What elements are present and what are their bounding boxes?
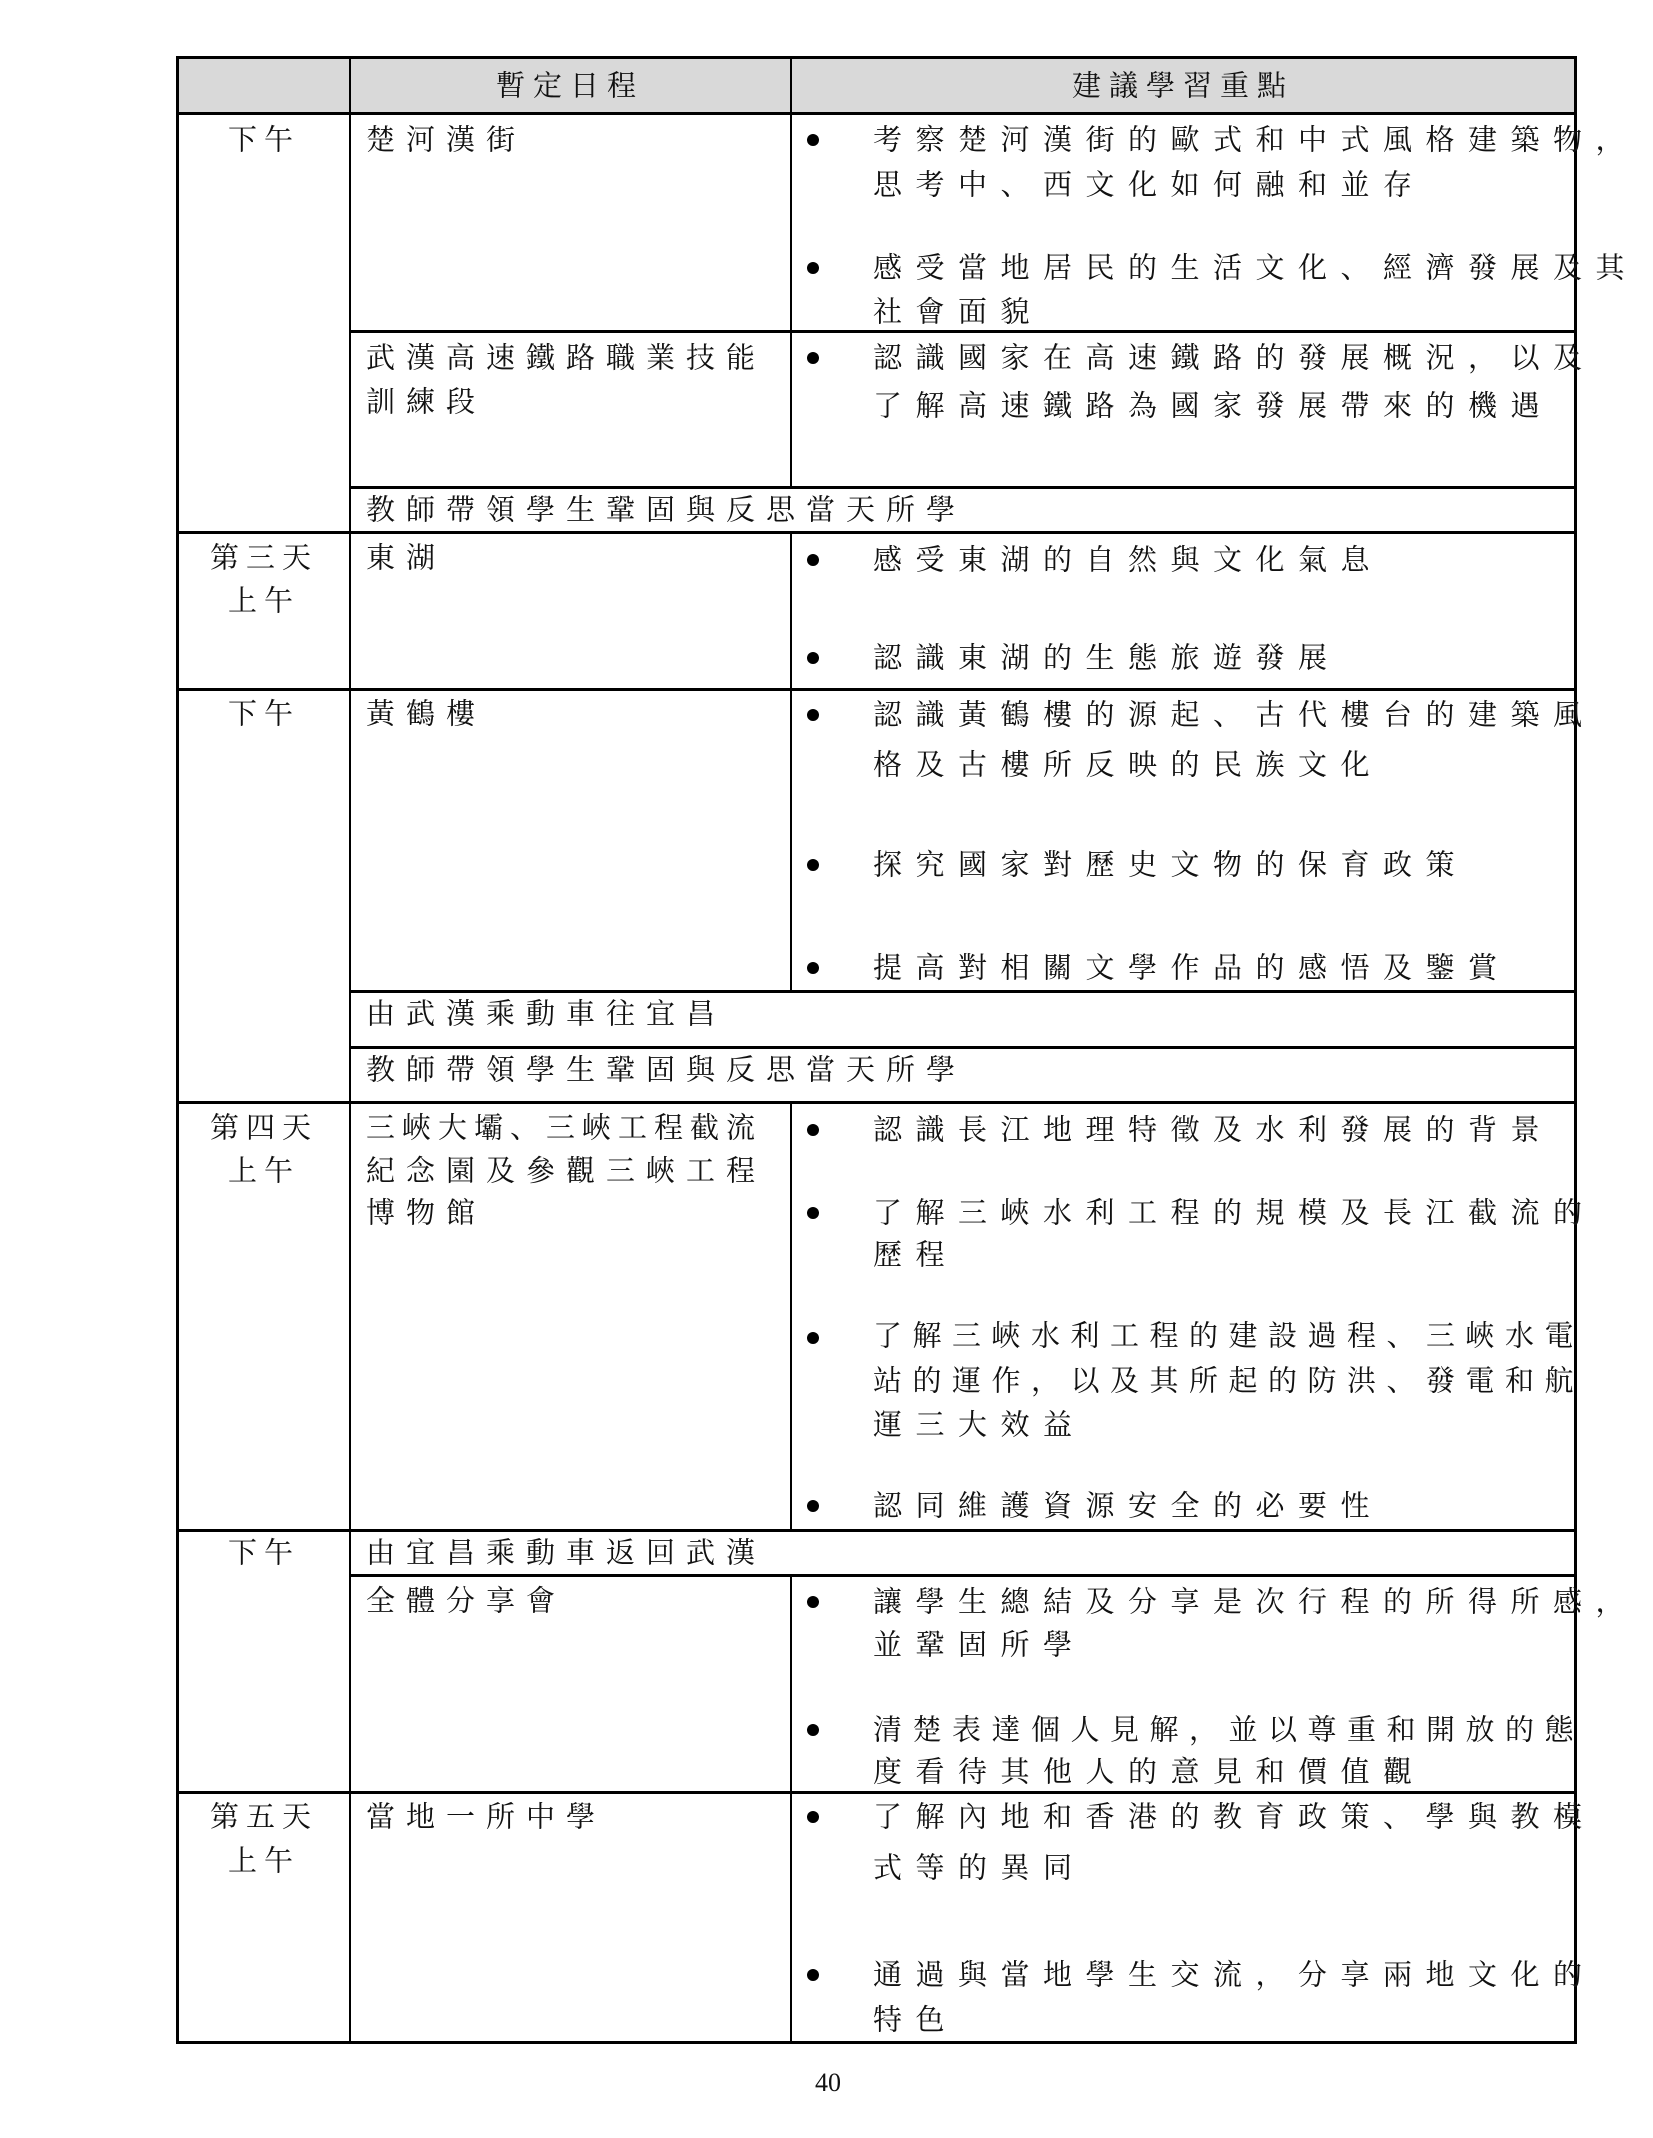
bullet-icon [807,962,819,974]
schedule-span-item: 由武漢乘動車往宜昌 [366,1000,726,1029]
row-rule [350,330,1577,333]
learning-point: 運三大效益 [873,1411,1086,1440]
schedule-item: 武漢高速鐵路職業技能 [366,344,766,373]
schedule-item: 當地一所中學 [366,1803,606,1832]
learning-point: 考察楚河漢街的歐式和中式風格建築物， [873,126,1638,155]
learning-point: 並鞏固所學 [873,1631,1086,1660]
schedule-item: 全體分享會 [366,1587,566,1616]
time-label: 上午 [178,587,350,616]
time-label: 下午 [178,700,350,729]
column-divider-2 [790,1574,792,2044]
page-number: 40 [815,2068,841,2098]
schedule-item: 黃鶴樓 [366,700,486,729]
learning-point: 格及古樓所反映的民族文化 [873,751,1383,780]
learning-point: 認識國家在高速鐵路的發展概況，以及 [873,344,1596,373]
time-label: 上午 [178,1847,350,1876]
row-rule [176,1101,1577,1104]
learning-point: 式等的異同 [873,1854,1086,1883]
learning-point: 提高對相關文學作品的感悟及鑒賞 [873,954,1511,983]
schedule-item: 訓練段 [366,388,486,417]
bullet-icon [807,1724,819,1736]
bullet-icon [807,1811,819,1823]
schedule-item: 博物館 [366,1199,486,1228]
learning-point: 讓學生總結及分享是次行程的所得所感， [873,1588,1638,1617]
row-rule [350,486,1577,489]
column-divider-2 [790,1101,792,1531]
time-label: 上午 [178,1157,350,1186]
bullet-icon [807,1500,819,1512]
bullet-icon [807,859,819,871]
header-learning-focus: 建議學習重點 [792,72,1574,101]
learning-point: 認識東湖的生態旅遊發展 [873,644,1341,673]
schedule-item: 紀念園及參觀三峽工程 [366,1157,766,1186]
row-rule [350,1046,1577,1049]
bullet-icon [807,134,819,146]
column-divider-1 [349,56,351,2044]
bullet-icon [807,709,819,721]
column-divider-2 [790,56,792,488]
learning-point: 社會面貌 [873,298,1043,327]
learning-point: 認識黃鶴樓的源起、古代樓台的建築風 [873,701,1596,730]
time-label: 第三天 [178,544,350,573]
bullet-icon [807,1207,819,1219]
learning-point: 了解高速鐵路為國家發展帶來的機遇 [873,392,1553,421]
time-label: 第五天 [178,1803,350,1832]
learning-point: 了解三峽水利工程的建設過程、三峽水電 [873,1322,1584,1351]
time-label: 下午 [178,126,350,155]
time-label: 下午 [178,1539,350,1568]
document-page: 暫定日程 建議學習重點 下午 楚河漢街 考察楚河漢街的歐式和中式風格建築物， 思… [0,0,1653,2138]
bullet-icon [807,1332,819,1344]
bullet-icon [807,554,819,566]
bullet-icon [807,1596,819,1608]
schedule-span-item: 由宜昌乘動車返回武漢 [366,1539,766,1568]
learning-point: 特色 [873,2006,958,2035]
row-rule [176,688,1577,691]
row-rule [176,1529,1577,1532]
learning-point: 探究國家對歷史文物的保育政策 [873,851,1468,880]
bullet-icon [807,352,819,364]
header-bottom-rule [176,112,1577,115]
learning-point: 站的運作，以及其所起的防洪、發電和航 [873,1367,1584,1396]
bullet-icon [807,262,819,274]
column-divider-2 [790,531,792,992]
schedule-item: 三峽大壩、三峽工程截流 [366,1114,762,1143]
table-top-border [176,56,1577,59]
row-rule [350,1574,1577,1577]
learning-point: 了解三峽水利工程的規模及長江截流的 [873,1199,1596,1228]
bullet-icon [807,652,819,664]
table-bottom-border [176,2041,1577,2044]
bullet-icon [807,1124,819,1136]
learning-point: 感受當地居民的生活文化、經濟發展及其 [873,254,1638,283]
header-schedule: 暫定日程 [350,72,790,101]
learning-point: 感受東湖的自然與文化氣息 [873,546,1383,575]
learning-point: 認同維護資源安全的必要性 [873,1492,1383,1521]
learning-point: 認識長江地理特徵及水利發展的背景 [873,1116,1553,1145]
schedule-span-item: 教師帶領學生鞏固與反思當天所學 [366,1056,966,1085]
learning-point: 了解內地和香港的教育政策、學與教模 [873,1803,1596,1832]
row-rule [350,990,1577,993]
schedule-item: 東湖 [366,544,446,573]
row-rule [176,531,1577,534]
bullet-icon [807,1969,819,1981]
schedule-span-item: 教師帶領學生鞏固與反思當天所學 [366,496,966,525]
learning-point: 度看待其他人的意見和價值觀 [873,1758,1426,1787]
row-rule [176,1791,1577,1794]
learning-point: 通過與當地學生交流，分享兩地文化的 [873,1961,1596,1990]
table-left-border [176,56,179,2044]
learning-point: 思考中、西文化如何融和並存 [873,171,1426,200]
learning-point: 清楚表達個人見解，並以尊重和開放的態 [873,1716,1584,1745]
schedule-item: 楚河漢街 [366,126,526,155]
learning-point: 歷程 [873,1241,958,1270]
time-label: 第四天 [178,1114,350,1143]
